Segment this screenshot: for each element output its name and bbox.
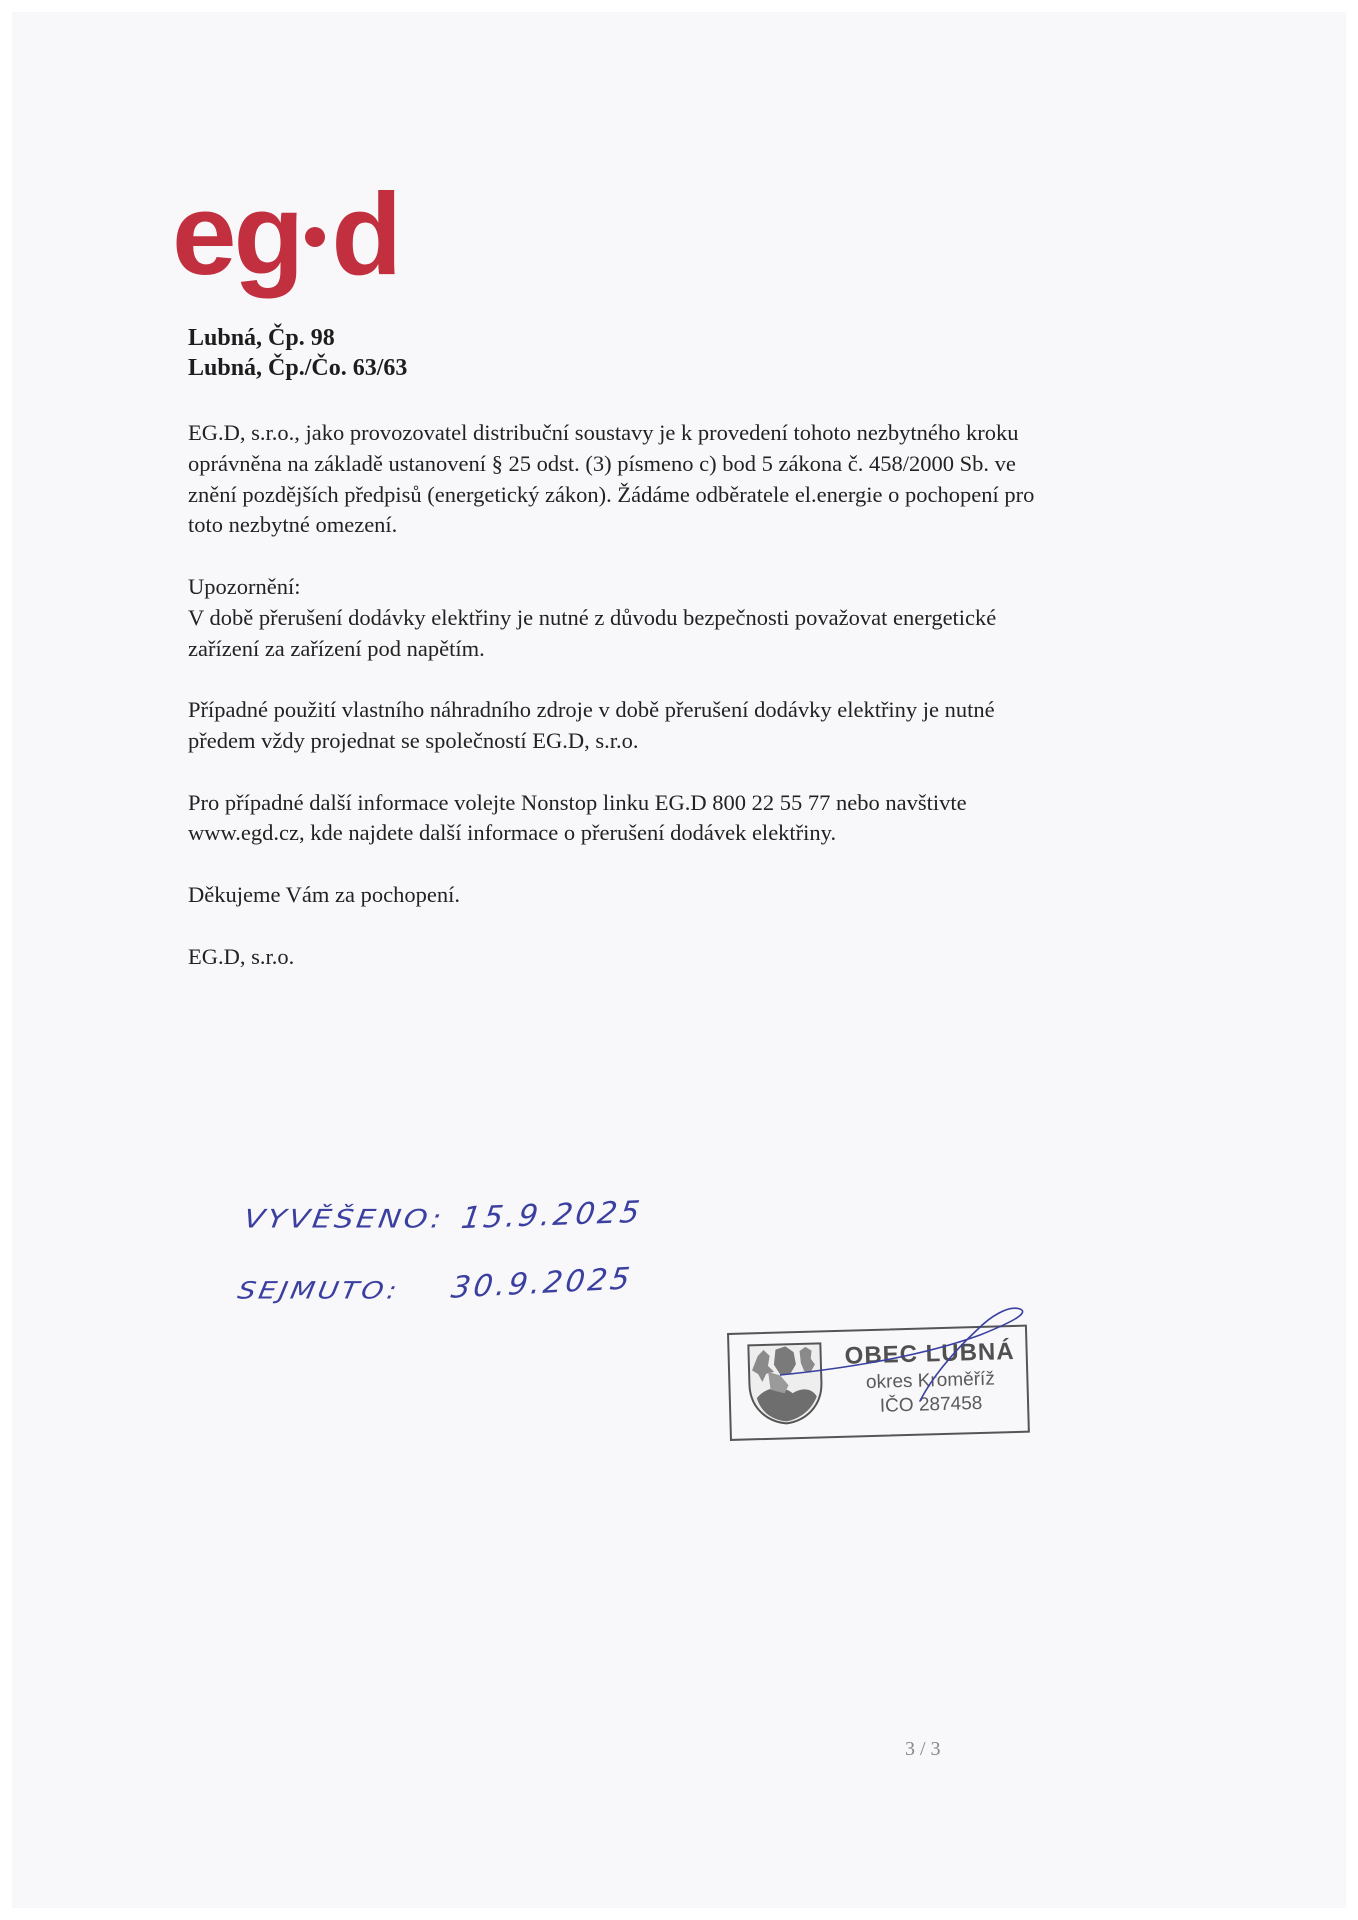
- stamp-id: IČO 287458: [841, 1391, 1022, 1420]
- handwritten-removed-label: SEJMUTO:: [236, 1276, 402, 1304]
- logo-dot-icon: [305, 227, 325, 247]
- logo-text-right: d: [331, 169, 399, 299]
- stamp-district: okres Kroměříž: [840, 1367, 1021, 1396]
- text-line: EG.D, s.r.o.: [188, 942, 1188, 973]
- handwritten-posted-label: VYVĚŠENO:: [242, 1205, 446, 1235]
- paragraph-thanks: Děkujeme Vám za pochopení.: [188, 880, 1188, 911]
- text-line: zařízení za zařízení pod napětím.: [188, 634, 1188, 665]
- address-line-2: Lubná, Čp./Čo. 63/63: [188, 353, 407, 383]
- logo-text-left: eg: [172, 169, 301, 299]
- page-number: 3 / 3: [905, 1738, 941, 1761]
- text-line: Případné použití vlastního náhradního zd…: [188, 695, 1188, 726]
- address-block: Lubná, Čp. 98 Lubná, Čp./Čo. 63/63: [188, 323, 407, 383]
- text-line: předem vždy projednat se společností EG.…: [188, 726, 1188, 757]
- paragraph-legal-basis: EG.D, s.r.o., jako provozovatel distribu…: [188, 418, 1188, 541]
- text-line: Pro případné další informace volejte Non…: [188, 788, 1188, 819]
- warning-heading: Upozornění:: [188, 572, 1188, 603]
- text-line: Děkujeme Vám za pochopení.: [188, 880, 1188, 911]
- address-line-1: Lubná, Čp. 98: [188, 323, 407, 353]
- letter-body: EG.D, s.r.o., jako provozovatel distribu…: [188, 418, 1188, 1003]
- text-line: toto nezbytné omezení.: [188, 510, 1188, 541]
- paragraph-signoff: EG.D, s.r.o.: [188, 942, 1188, 973]
- coat-of-arms-icon: [745, 1340, 825, 1426]
- text-line: znění pozdějších předpisů (energetický z…: [188, 480, 1188, 511]
- paragraph-contact-info: Pro případné další informace volejte Non…: [188, 788, 1188, 850]
- text-line: V době přerušení dodávky elektřiny je nu…: [188, 603, 1188, 634]
- egd-logo: egd: [172, 176, 399, 292]
- stamp-text-block: OBEC LUBNÁ okres Kroměříž IČO 287458: [839, 1337, 1021, 1420]
- text-line: oprávněna na základě ustanovení § 25 ods…: [188, 449, 1188, 480]
- text-line: EG.D, s.r.o., jako provozovatel distribu…: [188, 418, 1188, 449]
- text-line: www.egd.cz, kde najdete další informace …: [188, 818, 1188, 849]
- handwritten-posted-date: 15.9.2025: [459, 1195, 645, 1236]
- municipal-stamp: OBEC LUBNÁ okres Kroměříž IČO 287458: [727, 1325, 1030, 1441]
- paragraph-warning: Upozornění: V době přerušení dodávky ele…: [188, 572, 1188, 664]
- paragraph-backup-source: Případné použití vlastního náhradního zd…: [188, 695, 1188, 757]
